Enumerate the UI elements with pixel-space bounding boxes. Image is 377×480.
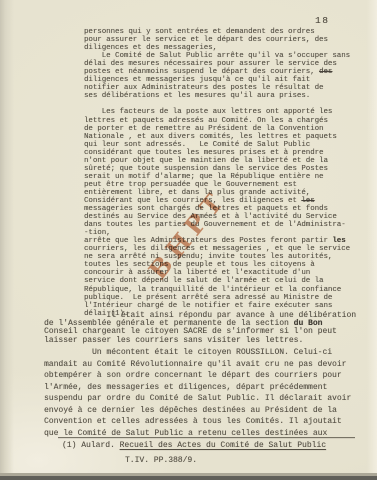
text-line: de l'Assemblée générale et permanente de… — [44, 319, 356, 327]
text-line: Il était ainsi répondu par avance à une … — [44, 311, 356, 319]
text-line: service dont dépend le salut de l'armée … — [84, 277, 350, 285]
footnote-divider — [58, 437, 355, 438]
text-line: qui leur sont adressés. Le Comité de Sal… — [84, 141, 350, 149]
text-line: dans toutes les parties du Gouvernement … — [84, 221, 350, 229]
text-line: diligences et des messageries, — [84, 44, 350, 52]
text-line: personnes qui y sont entrées et demanden… — [84, 28, 350, 36]
text-line: messageries sont chargés de lettres et p… — [84, 205, 350, 213]
text-line: n'ont pour objet que le maintien de la l… — [84, 157, 350, 165]
text-line: publique. Le présent arrêté sera adressé… — [84, 294, 350, 302]
text-line: destinés au Service des Armées et à l'ac… — [84, 213, 350, 221]
page-right-edge — [367, 0, 377, 480]
footnote-label: (1) Aulard. — [62, 441, 120, 450]
scan-bottom-edge — [0, 476, 377, 480]
text-line: l'Armée, des messageries et diligences, … — [44, 383, 351, 395]
text-line: envoyé à ce dernier les dépêches destiné… — [44, 406, 351, 418]
text-line: l'Intérieur chargé de le notifier et fai… — [84, 302, 350, 310]
text-line: mandait au Comité Révolutionnaire qu'il … — [44, 360, 351, 372]
main-text-block: personnes qui y sont entrées et demanden… — [84, 28, 350, 318]
text-line: lettres et paquets adressés au Comité. O… — [84, 117, 350, 125]
text-line: laisser passer les courriers sans visite… — [44, 336, 356, 344]
text-line: de porter et de remettre au Président de… — [84, 125, 350, 133]
scanned-document-page: 18 personnes qui y sont entrées et deman… — [0, 0, 377, 480]
text-line: Convention et celles adressées à tous le… — [44, 417, 351, 429]
page-left-edge — [0, 0, 14, 480]
text-line: Un mécontent était le citoyen ROUSSILLON… — [44, 348, 351, 360]
text-line: Considérant que les courriers, les dilig… — [84, 197, 350, 205]
text-line: ses délibérations et les mesures qu'il a… — [84, 92, 350, 100]
text-line: Conseil chargeant le citoyen SACRE de s'… — [44, 327, 356, 335]
roussillon-paragraph: Un mécontent était le citoyen ROUSSILLON… — [44, 348, 351, 440]
footnote-reference: T.IV. PP.388/9. — [125, 456, 197, 465]
text-line: peut être trop persuadée que le Gouverne… — [84, 181, 350, 189]
text-line: suspendu par ordre du Comité de Salut Pu… — [44, 394, 351, 406]
footnote: (1) Aulard. Recueil des Actes du Comité … — [62, 441, 326, 450]
text-line: sûreté; que toute suspension dans le ser… — [84, 165, 350, 173]
page-number: 18 — [315, 15, 329, 26]
text-line: que le Comité de Salut Public a retenu c… — [44, 429, 351, 441]
text-line: serait un motif d'alarme; que la Républi… — [84, 173, 350, 181]
text-line: -tion, — [84, 229, 350, 237]
text-line: Nationale , et aux divers comités, les l… — [84, 133, 350, 141]
text-line: Les facteurs de la poste aux lettres ont… — [84, 108, 350, 116]
text-line: Le Comité de Salut Public arrête qu'il v… — [84, 52, 350, 60]
text-line: pour assurer le service et le départ des… — [84, 36, 350, 44]
text-line: obtempérer à son ordre concernant le dép… — [44, 371, 351, 383]
text-line: considérant que toutes les mesures prise… — [84, 149, 350, 157]
text-line: entièrement libre, et dans la plus grand… — [84, 189, 350, 197]
footnote-title: Recueil des Actes du Comité de Salut Pub… — [120, 441, 326, 450]
text-line: République, la tranquillité de l'intérie… — [84, 286, 350, 294]
section-bon-conseil-paragraph: Il était ainsi répondu par avance à une … — [44, 311, 356, 344]
